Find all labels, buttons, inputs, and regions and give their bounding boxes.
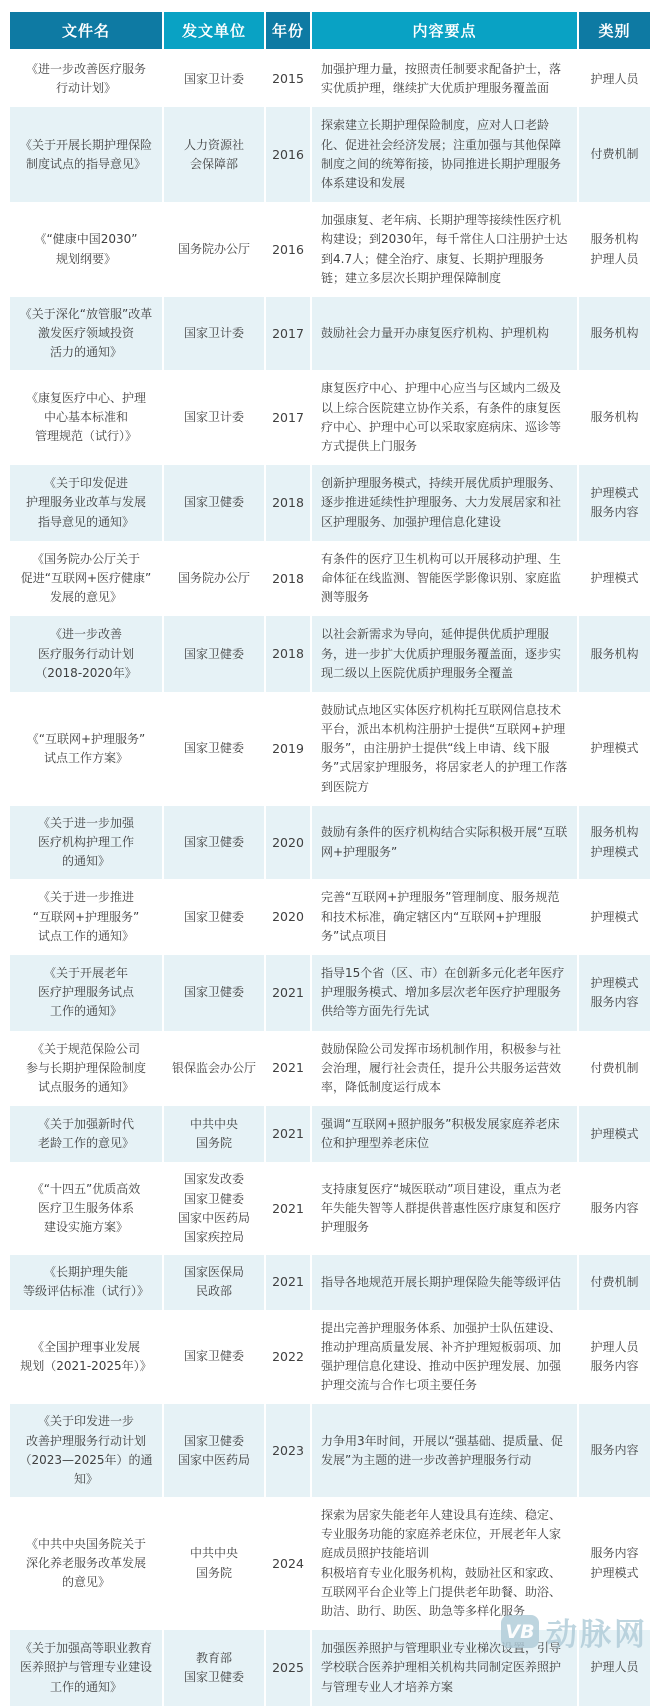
table-body: 《进一步改善医疗服务 行动计划》 国家卫计委 2015 加强护理力量，按照责任制… <box>10 51 650 1706</box>
table-row: 《全国护理事业发展 规划（2021-2025年）》 国家卫健委 2022 提出完… <box>10 1310 650 1405</box>
content-points: 支持康复医疗“城医联动”项目建设，重点为老年失能失智等人群提供普惠性医疗康复和医… <box>312 1162 577 1255</box>
doc-title: 《“健康中国2030” 规划纲要》 <box>10 202 162 297</box>
header-category: 类别 <box>579 12 650 49</box>
table-row: 《关于加强高等职业教育 医养照护与管理专业建设 工作的通知》 教育部 国家卫健委… <box>10 1630 650 1706</box>
table-row: 《中共中央国务院关于 深化养老服务改革发展 的意见》 中共中央 国务院 2024… <box>10 1497 650 1630</box>
year: 2019 <box>266 692 310 806</box>
category: 护理模式 <box>579 541 650 617</box>
table-row: 《进一步改善医疗服务 行动计划》 国家卫计委 2015 加强护理力量，按照责任制… <box>10 51 650 107</box>
content-points: 创新护理服务模式，持续开展优质护理服务、逐步推进延续性护理服务、大力发展居家和社… <box>312 465 577 541</box>
doc-title: 《长期护理失能 等级评估标准（试行）》 <box>10 1255 162 1309</box>
table-row: 《关于深化“放管服”改革 激发医疗领域投资 活力的通知》 国家卫计委 2017 … <box>10 297 650 371</box>
year: 2023 <box>266 1404 310 1497</box>
issuing-unit: 国家卫计委 <box>164 297 264 371</box>
content-points: 以社会新需求为导向，延伸提供优质护理服务，进一步扩大优质护理服务覆盖面，逐步实现… <box>312 616 577 692</box>
doc-title: 《“十四五”优质高效 医疗卫生服务体系 建设实施方案》 <box>10 1162 162 1255</box>
table-row: 《长期护理失能 等级评估标准（试行）》 国家医保局 民政部 2021 指导各地规… <box>10 1255 650 1309</box>
category: 护理模式 <box>579 692 650 806</box>
content-points: 强调“互联网+照护服务”积极发展家庭养老床位和护理型养老床位 <box>312 1106 577 1162</box>
category: 服务机构 护理模式 <box>579 806 650 880</box>
content-points: 加强医养照护与管理职业专业梯次设置，引导学校联合医养护理相关机构共同制定医养照护… <box>312 1630 577 1706</box>
year: 2016 <box>266 107 310 202</box>
issuing-unit: 人力资源社 会保障部 <box>164 107 264 202</box>
doc-title: 《进一步改善医疗服务 行动计划》 <box>10 51 162 107</box>
content-points: 探索建立长期护理保险制度，应对人口老龄化、促进社会经济发展；注重加强与其他保障制… <box>312 107 577 202</box>
header-year: 年份 <box>266 12 310 49</box>
issuing-unit: 国务院办公厅 <box>164 541 264 617</box>
issuing-unit: 教育部 国家卫健委 <box>164 1630 264 1706</box>
content-points: 鼓励社会力量开办康复医疗机构、护理机构 <box>312 297 577 371</box>
table-row: 《进一步改善 医疗服务行动计划 （2018-2020年》 国家卫健委 2018 … <box>10 616 650 692</box>
year: 2015 <box>266 51 310 107</box>
table-row: 《国务院办公厅关于 促进“互联网+医疗健康” 发展的意见》 国务院办公厅 201… <box>10 541 650 617</box>
doc-title: 《关于印发进一步 改善护理服务行动计划 （2023—2025年）的通知》 <box>10 1404 162 1497</box>
doc-title: 《国务院办公厅关于 促进“互联网+医疗健康” 发展的意见》 <box>10 541 162 617</box>
issuing-unit: 国家卫健委 <box>164 465 264 541</box>
header-doc-title: 文件名 <box>10 12 162 49</box>
doc-title: 《“互联网+护理服务” 试点工作方案》 <box>10 692 162 806</box>
table-row: 《关于开展长期护理保险 制度试点的指导意见》 人力资源社 会保障部 2016 探… <box>10 107 650 202</box>
header-issuing-unit: 发文单位 <box>164 12 264 49</box>
issuing-unit: 国务院办公厅 <box>164 202 264 297</box>
doc-title: 《关于进一步加强 医疗机构护理工作 的通知》 <box>10 806 162 880</box>
year: 2020 <box>266 806 310 880</box>
category: 服务内容 护理模式 <box>579 1497 650 1630</box>
content-points: 探索为居家失能老年人建设具有连续、稳定、专业服务功能的家庭养老床位，开展老年人家… <box>312 1497 577 1630</box>
issuing-unit: 国家卫健委 <box>164 1310 264 1405</box>
doc-title: 《关于开展老年 医疗护理服务试点 工作的通知》 <box>10 955 162 1031</box>
issuing-unit: 国家卫健委 <box>164 692 264 806</box>
year: 2021 <box>266 955 310 1031</box>
category: 付费机制 <box>579 1031 650 1107</box>
year: 2016 <box>266 202 310 297</box>
doc-title: 《关于加强高等职业教育 医养照护与管理专业建设 工作的通知》 <box>10 1630 162 1706</box>
year: 2024 <box>266 1497 310 1630</box>
category: 护理人员 <box>579 1630 650 1706</box>
issuing-unit: 国家医保局 民政部 <box>164 1255 264 1309</box>
table-header-row: 文件名 发文单位 年份 内容要点 类别 <box>10 12 650 49</box>
table-row: 《“健康中国2030” 规划纲要》 国务院办公厅 2016 加强康复、老年病、长… <box>10 202 650 297</box>
category: 付费机制 <box>579 107 650 202</box>
doc-title: 《关于加强新时代 老龄工作的意见》 <box>10 1106 162 1162</box>
category: 服务机构 <box>579 297 650 371</box>
category: 护理模式 <box>579 879 650 955</box>
category: 护理人员 <box>579 51 650 107</box>
category: 护理模式 <box>579 1106 650 1162</box>
issuing-unit: 国家卫计委 <box>164 51 264 107</box>
issuing-unit: 国家卫健委 <box>164 955 264 1031</box>
doc-title: 《进一步改善 医疗服务行动计划 （2018-2020年》 <box>10 616 162 692</box>
issuing-unit: 中共中央 国务院 <box>164 1106 264 1162</box>
category: 服务机构 <box>579 616 650 692</box>
issuing-unit: 银保监会办公厅 <box>164 1031 264 1107</box>
issuing-unit: 国家卫健委 <box>164 616 264 692</box>
content-points: 鼓励有条件的医疗机构结合实际积极开展“互联网+护理服务” <box>312 806 577 880</box>
doc-title: 《康复医疗中心、护理 中心基本标准和 管理规范（试行）》 <box>10 370 162 465</box>
year: 2021 <box>266 1162 310 1255</box>
table-row: 《“互联网+护理服务” 试点工作方案》 国家卫健委 2019 鼓励试点地区实体医… <box>10 692 650 806</box>
year: 2021 <box>266 1106 310 1162</box>
table-row: 《关于进一步加强 医疗机构护理工作 的通知》 国家卫健委 2020 鼓励有条件的… <box>10 806 650 880</box>
category: 服务机构 护理人员 <box>579 202 650 297</box>
category: 服务内容 <box>579 1162 650 1255</box>
year: 2017 <box>266 297 310 371</box>
content-points: 指导各地规范开展长期护理保险失能等级评估 <box>312 1255 577 1309</box>
table-row: 《关于印发进一步 改善护理服务行动计划 （2023—2025年）的通知》 国家卫… <box>10 1404 650 1497</box>
doc-title: 《全国护理事业发展 规划（2021-2025年）》 <box>10 1310 162 1405</box>
category: 服务内容 <box>579 1404 650 1497</box>
year: 2018 <box>266 541 310 617</box>
year: 2022 <box>266 1310 310 1405</box>
table-row: 《关于开展老年 医疗护理服务试点 工作的通知》 国家卫健委 2021 指导15个… <box>10 955 650 1031</box>
issuing-unit: 国家卫计委 <box>164 370 264 465</box>
year: 2021 <box>266 1031 310 1107</box>
year: 2018 <box>266 616 310 692</box>
table-row: 《关于规范保险公司 参与长期护理保险制度 试点服务的通知》 银保监会办公厅 20… <box>10 1031 650 1107</box>
content-points: 力争用3年时间，开展以“强基础、提质量、促发展”为主题的进一步改善护理服务行动 <box>312 1404 577 1497</box>
doc-title: 《关于印发促进 护理服务业改革与发展 指导意见的通知》 <box>10 465 162 541</box>
issuing-unit: 国家卫健委 国家中医药局 <box>164 1404 264 1497</box>
doc-title: 《关于开展长期护理保险 制度试点的指导意见》 <box>10 107 162 202</box>
doc-title: 《中共中央国务院关于 深化养老服务改革发展 的意见》 <box>10 1497 162 1630</box>
doc-title: 《关于深化“放管服”改革 激发医疗领域投资 活力的通知》 <box>10 297 162 371</box>
issuing-unit: 国家卫健委 <box>164 879 264 955</box>
policy-table: 文件名 发文单位 年份 内容要点 类别 《进一步改善医疗服务 行动计划》 国家卫… <box>10 12 650 1706</box>
category: 护理模式 服务内容 <box>579 465 650 541</box>
category: 护理模式 服务内容 <box>579 955 650 1031</box>
content-points: 提出完善护理服务体系、加强护士队伍建设、推动护理高质量发展、补齐护理短板弱项、加… <box>312 1310 577 1405</box>
table-row: 《关于印发促进 护理服务业改革与发展 指导意见的通知》 国家卫健委 2018 创… <box>10 465 650 541</box>
table-row: 《关于进一步推进 “互联网+护理服务” 试点工作的通知》 国家卫健委 2020 … <box>10 879 650 955</box>
year: 2017 <box>266 370 310 465</box>
table-row: 《康复医疗中心、护理 中心基本标准和 管理规范（试行）》 国家卫计委 2017 … <box>10 370 650 465</box>
content-points: 有条件的医疗卫生机构可以开展移动护理、生命体征在线监测、智能医学影像识别、家庭监… <box>312 541 577 617</box>
year: 2018 <box>266 465 310 541</box>
issuing-unit: 国家发改委 国家卫健委 国家中医药局 国家疾控局 <box>164 1162 264 1255</box>
category: 付费机制 <box>579 1255 650 1309</box>
content-points: 鼓励保险公司发挥市场机制作用，积极参与社会治理，履行社会责任，提升公共服务运营效… <box>312 1031 577 1107</box>
content-points: 康复医疗中心、护理中心应当与区域内二级及以上综合医院建立协作关系，有条件的康复医… <box>312 370 577 465</box>
year: 2020 <box>266 879 310 955</box>
header-content-points: 内容要点 <box>312 12 577 49</box>
category: 护理人员 服务内容 <box>579 1310 650 1405</box>
content-points: 完善“互联网+护理服务”管理制度、服务规范和技术标准，确定辖区内“互联网+护理服… <box>312 879 577 955</box>
year: 2025 <box>266 1630 310 1706</box>
content-points: 鼓励试点地区实体医疗机构托互联网信息技术平台，派出本机构注册护士提供“互联网+护… <box>312 692 577 806</box>
content-points: 加强康复、老年病、长期护理等接续性医疗机构建设；到2030年，每千常住人口注册护… <box>312 202 577 297</box>
doc-title: 《关于规范保险公司 参与长期护理保险制度 试点服务的通知》 <box>10 1031 162 1107</box>
table-row: 《“十四五”优质高效 医疗卫生服务体系 建设实施方案》 国家发改委 国家卫健委 … <box>10 1162 650 1255</box>
content-points: 指导15个省（区、市）在创新多元化老年医疗护理服务模式、增加多层次老年医疗护理服… <box>312 955 577 1031</box>
table-row: 《关于加强新时代 老龄工作的意见》 中共中央 国务院 2021 强调“互联网+照… <box>10 1106 650 1162</box>
issuing-unit: 中共中央 国务院 <box>164 1497 264 1630</box>
doc-title: 《关于进一步推进 “互联网+护理服务” 试点工作的通知》 <box>10 879 162 955</box>
category: 服务机构 <box>579 370 650 465</box>
content-points: 加强护理力量，按照责任制要求配备护士，落实优质护理，继续扩大优质护理服务覆盖面 <box>312 51 577 107</box>
issuing-unit: 国家卫健委 <box>164 806 264 880</box>
year: 2021 <box>266 1255 310 1309</box>
